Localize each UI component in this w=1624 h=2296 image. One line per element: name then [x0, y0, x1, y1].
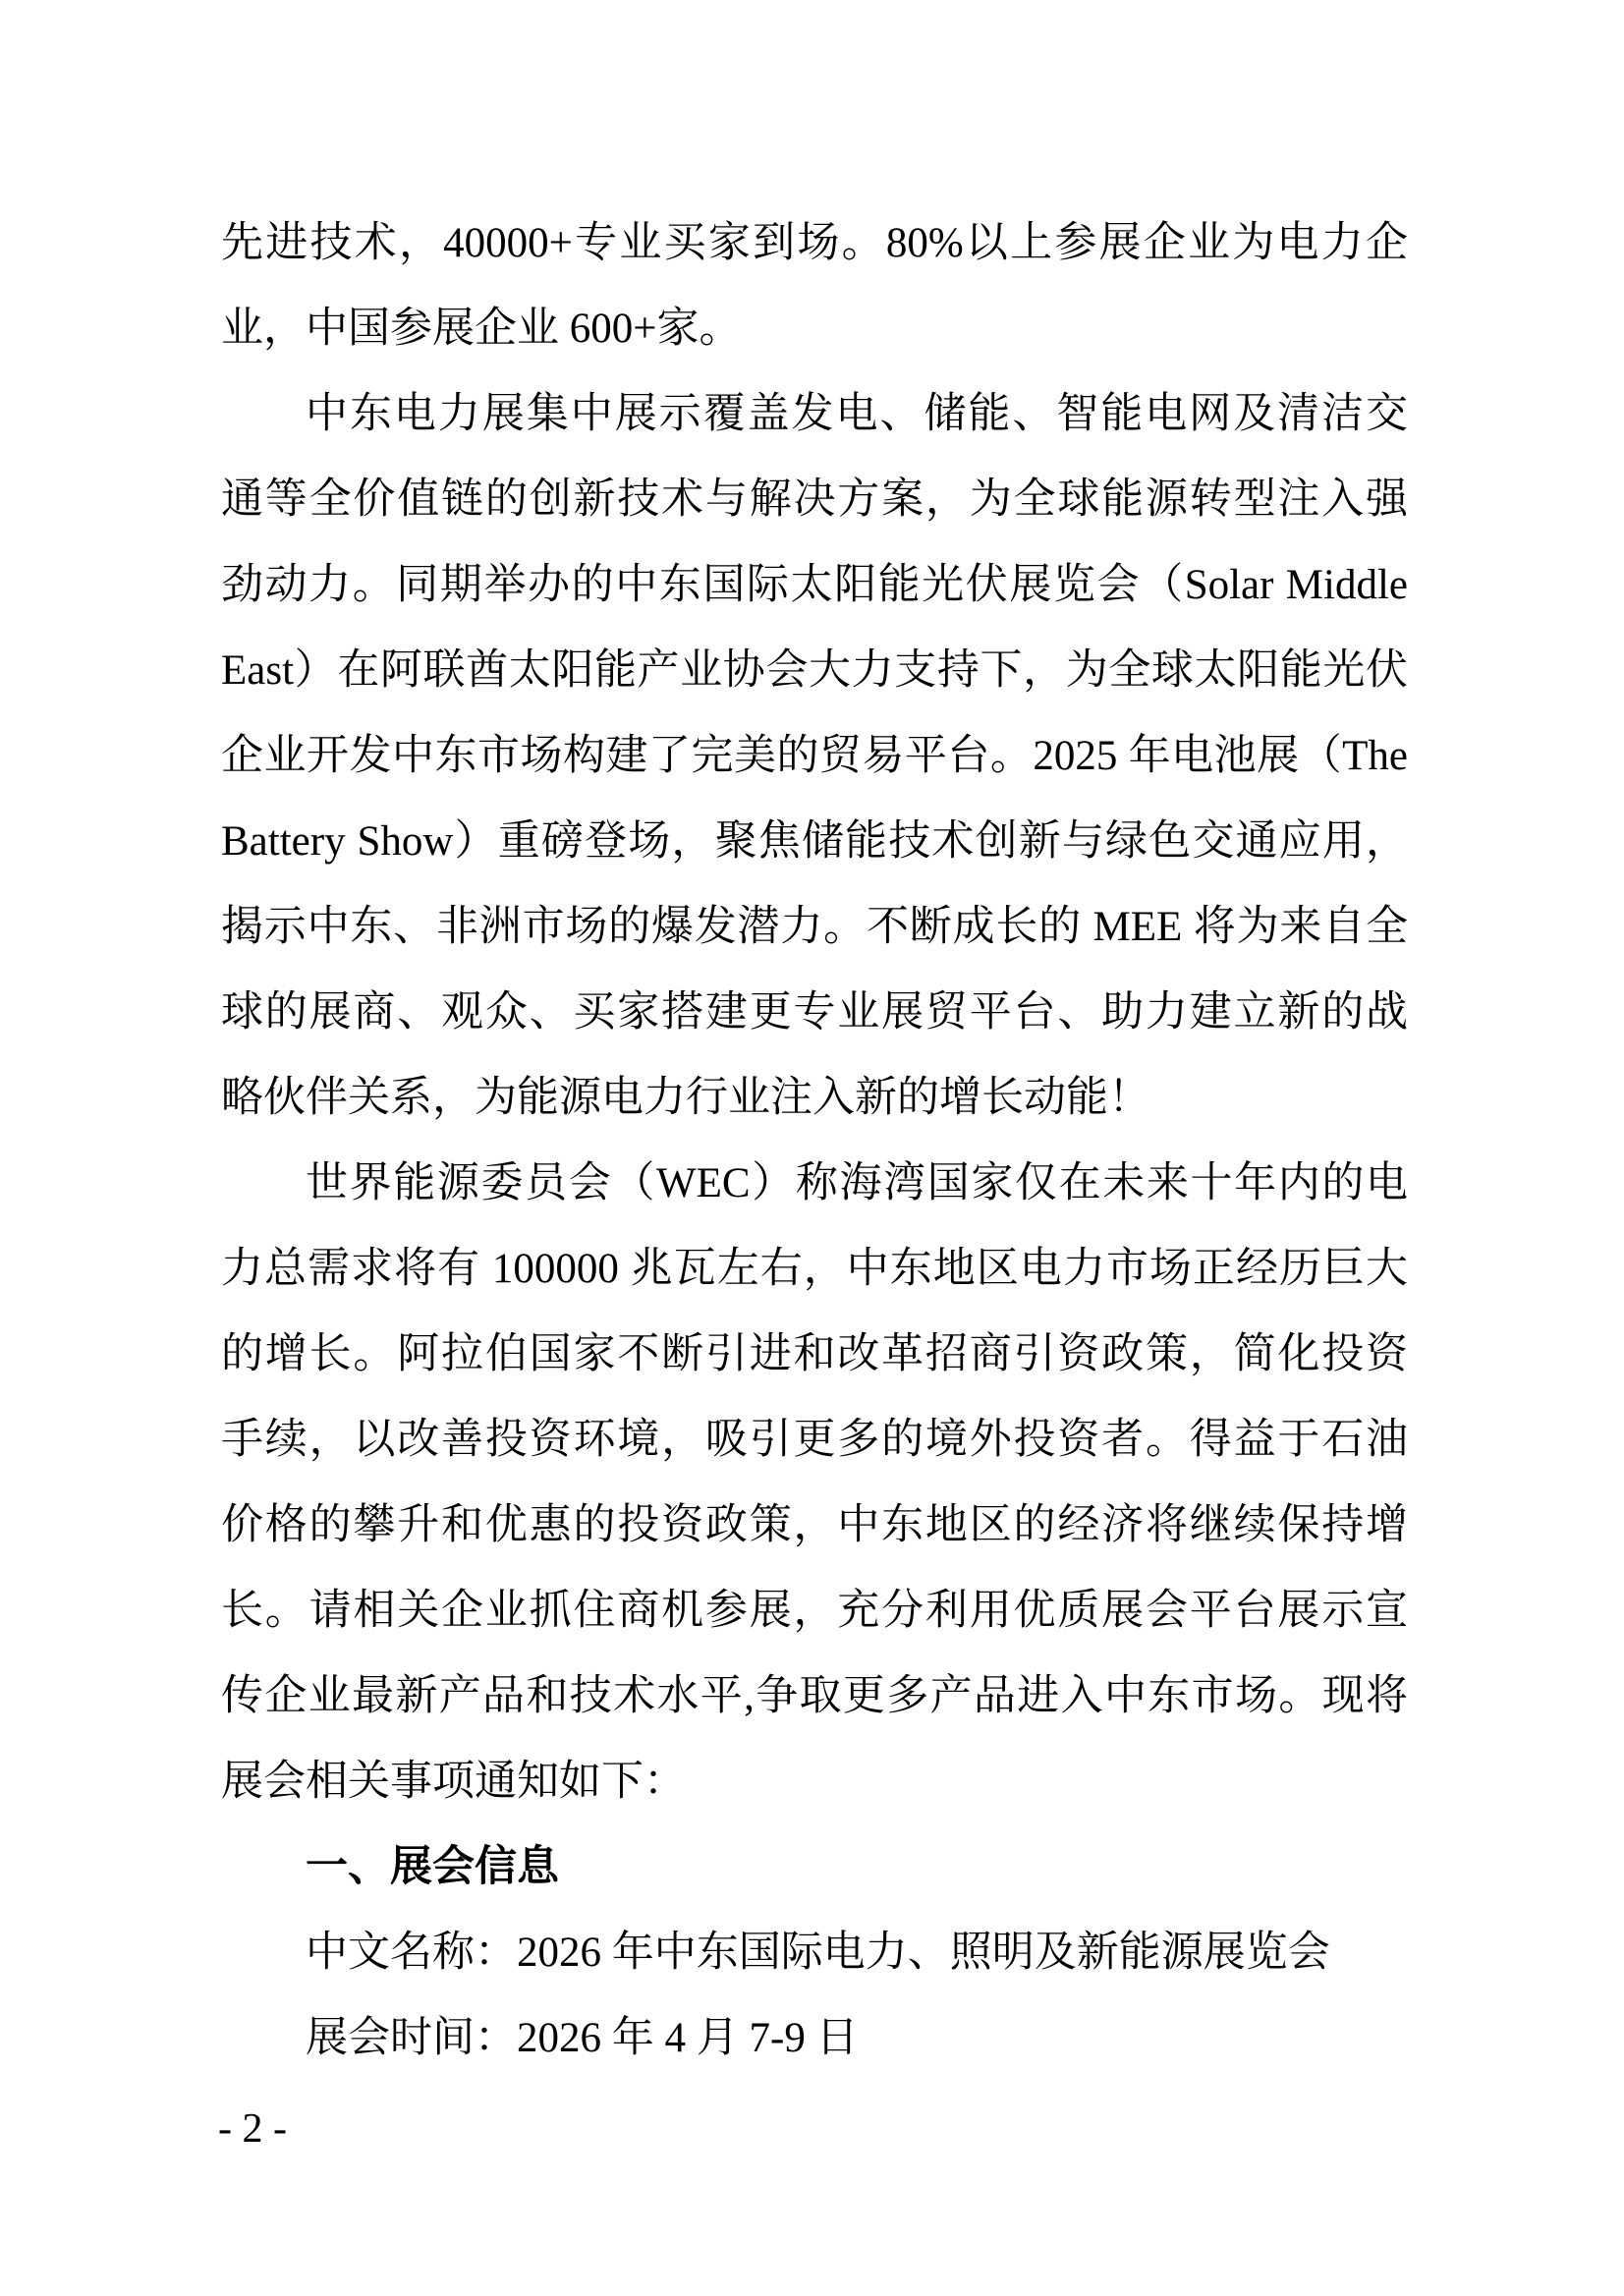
paragraph-line: 手续，以改善投资环境，吸引更多的境外投资者。得益于石油 [221, 1397, 1408, 1483]
paragraph-line: 揭示中东、非洲市场的爆发潜力。不断成长的 MEE 将为来自全 [221, 884, 1408, 970]
paragraph-line: 价格的攀升和优惠的投资政策，中东地区的经济将继续保持增 [221, 1483, 1408, 1568]
paragraph-line: East）在阿联酋太阳能产业协会大力支持下，为全球太阳能光伏 [221, 628, 1408, 713]
paragraph-line: 劲动力。同期举办的中东国际太阳能光伏展览会（Solar Middle [221, 542, 1408, 628]
paragraph-line: 企业开发中东市场构建了完美的贸易平台。2025 年电池展（The [221, 713, 1408, 799]
paragraph-line: 通等全价值链的创新技术与解决方案，为全球能源转型注入强 [221, 457, 1408, 542]
paragraph-line: 球的展商、观众、买家搭建更专业展贸平台、助力建立新的战 [221, 970, 1408, 1055]
paragraph-line: 展会相关事项通知如下： [221, 1739, 1408, 1824]
paragraph-exhibition-overview: 中东电力展集中展示覆盖发电、储能、智能电网及清洁交 通等全价值链的创新技术与解决… [221, 371, 1408, 1141]
paragraph-line: 的增长。阿拉伯国家不断引进和改革招商引资政策，简化投资 [221, 1312, 1408, 1397]
exhibition-chinese-name: 中文名称：2026 年中东国际电力、照明及新能源展览会 [221, 1910, 1408, 1995]
paragraph-line: 先进技术，40000+专业买家到场。80%以上参展企业为电力企 [221, 200, 1408, 286]
exhibition-info-list: 中文名称：2026 年中东国际电力、照明及新能源展览会 展会时间：2026 年 … [221, 1910, 1408, 2081]
document-page: 先进技术，40000+专业买家到场。80%以上参展企业为电力企 业，中国参展企业… [0, 0, 1624, 2296]
page-number: - 2 - [218, 2108, 287, 2150]
exhibition-date: 展会时间：2026 年 4 月 7-9 日 [221, 1995, 1408, 2081]
paragraph-line: 世界能源委员会（WEC）称海湾国家仅在未来十年内的电 [221, 1141, 1408, 1226]
paragraph-line: 传企业最新产品和技术水平,争取更多产品进入中东市场。现将 [221, 1653, 1408, 1739]
paragraph-line: Battery Show）重磅登场，聚焦储能技术创新与绿色交通应用， [221, 799, 1408, 884]
paragraph-line: 略伙伴关系，为能源电力行业注入新的增长动能！ [221, 1055, 1408, 1141]
body-text: 先进技术，40000+专业买家到场。80%以上参展企业为电力企 业，中国参展企业… [221, 200, 1408, 2081]
paragraph-market-outlook: 世界能源委员会（WEC）称海湾国家仅在未来十年内的电 力总需求将有 100000… [221, 1141, 1408, 1824]
section-heading-exhibition-info: 一、展会信息 [221, 1824, 1408, 1910]
paragraph-line: 中东电力展集中展示覆盖发电、储能、智能电网及清洁交 [221, 371, 1408, 457]
paragraph-continued: 先进技术，40000+专业买家到场。80%以上参展企业为电力企 业，中国参展企业… [221, 200, 1408, 371]
paragraph-line: 力总需求将有 100000 兆瓦左右，中东地区电力市场正经历巨大 [221, 1226, 1408, 1312]
paragraph-line: 长。请相关企业抓住商机参展，充分利用优质展会平台展示宣 [221, 1568, 1408, 1653]
paragraph-line: 业，中国参展企业 600+家。 [221, 286, 1408, 371]
